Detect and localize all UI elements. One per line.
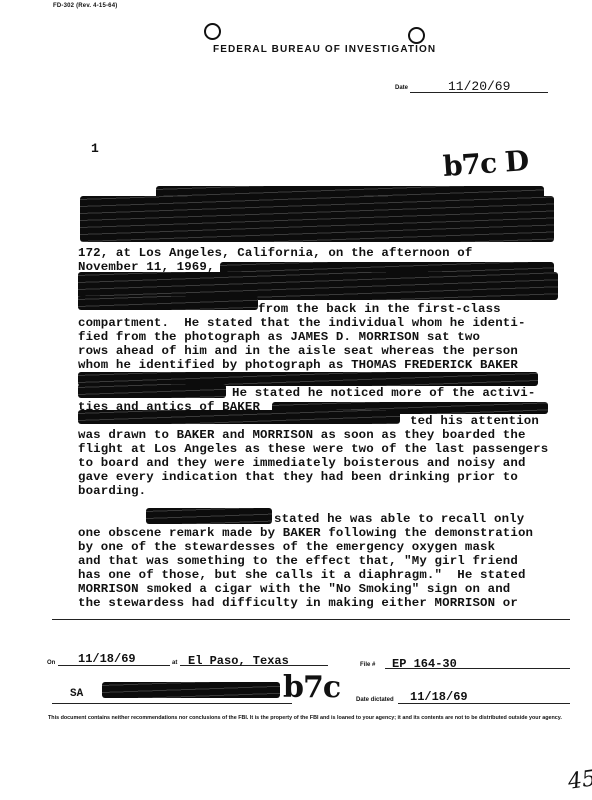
body-line: He stated he noticed more of the activi- bbox=[232, 386, 535, 400]
handwritten-exemption-mark: b7c D bbox=[442, 144, 529, 183]
interview-at-label: at bbox=[172, 660, 177, 666]
body-line: the stewardess had difficulty in making … bbox=[78, 596, 518, 610]
body-line: fied from the photograph as JAMES D. MOR… bbox=[78, 330, 480, 344]
body-line: 172, at Los Angeles, California, on the … bbox=[78, 246, 472, 260]
date-dictated-label: Date dictated bbox=[356, 697, 394, 703]
redaction-block bbox=[78, 384, 226, 398]
body-line: flight at Los Angeles as these were two … bbox=[78, 442, 548, 456]
body-line: stated he was able to recall only bbox=[274, 512, 524, 526]
body-line: rows ahead of him and in the aisle seat … bbox=[78, 344, 518, 358]
body-line: to board and they were immediately boist… bbox=[78, 456, 526, 470]
body-line: ties and antics of BAKER bbox=[78, 400, 260, 414]
body-line: compartment. He stated that the individu… bbox=[78, 316, 526, 330]
redaction-block bbox=[78, 296, 258, 310]
agency-title: FEDERAL BUREAU OF INVESTIGATION bbox=[213, 44, 436, 55]
punch-hole-icon bbox=[408, 27, 425, 44]
date-value: 11/20/69 bbox=[448, 79, 510, 94]
body-line: and that was something to the effect tha… bbox=[78, 554, 518, 568]
body-line: November 11, 1969, bbox=[78, 260, 215, 274]
body-line: boarding. bbox=[78, 484, 146, 498]
interview-location: El Paso, Texas bbox=[188, 654, 289, 668]
disclaimer: This document contains neither recommend… bbox=[48, 714, 568, 722]
body-line: from the back in the first-class bbox=[258, 302, 501, 316]
sa-underline bbox=[52, 703, 292, 704]
body-line: by one of the stewardesses of the emerge… bbox=[78, 540, 495, 554]
redaction-block bbox=[80, 196, 554, 242]
body-line: one obscene remark made by BAKER followi… bbox=[78, 526, 533, 540]
punch-hole-icon bbox=[204, 23, 221, 40]
redaction-block bbox=[146, 508, 272, 524]
date-dictated: 11/18/69 bbox=[410, 690, 468, 704]
date-label: Date bbox=[395, 85, 408, 91]
file-label: File # bbox=[360, 662, 375, 668]
body-line: has one of those, but she calls it a dia… bbox=[78, 568, 526, 582]
body-line: ted his attention bbox=[410, 414, 539, 428]
interview-on-label: On bbox=[47, 660, 55, 666]
body-line: was drawn to BAKER and MORRISON as soon … bbox=[78, 428, 526, 442]
footer-divider bbox=[52, 619, 570, 620]
interview-date: 11/18/69 bbox=[78, 652, 136, 666]
handwritten-page-mark: 45 bbox=[566, 766, 592, 795]
page-number: 1 bbox=[91, 141, 99, 156]
body-line: MORRISON smoked a cigar with the "No Smo… bbox=[78, 582, 510, 596]
body-line: whom he identified by photograph as THOM… bbox=[78, 358, 518, 372]
handwritten-exemption-mark: b7c bbox=[283, 670, 340, 705]
form-id: FD-302 (Rev. 4-15-64) bbox=[53, 3, 117, 9]
file-number: EP 164-30 bbox=[392, 657, 457, 671]
sa-label: SA bbox=[70, 688, 83, 700]
body-line: gave every indication that they had been… bbox=[78, 470, 518, 484]
redaction-block bbox=[102, 682, 280, 698]
